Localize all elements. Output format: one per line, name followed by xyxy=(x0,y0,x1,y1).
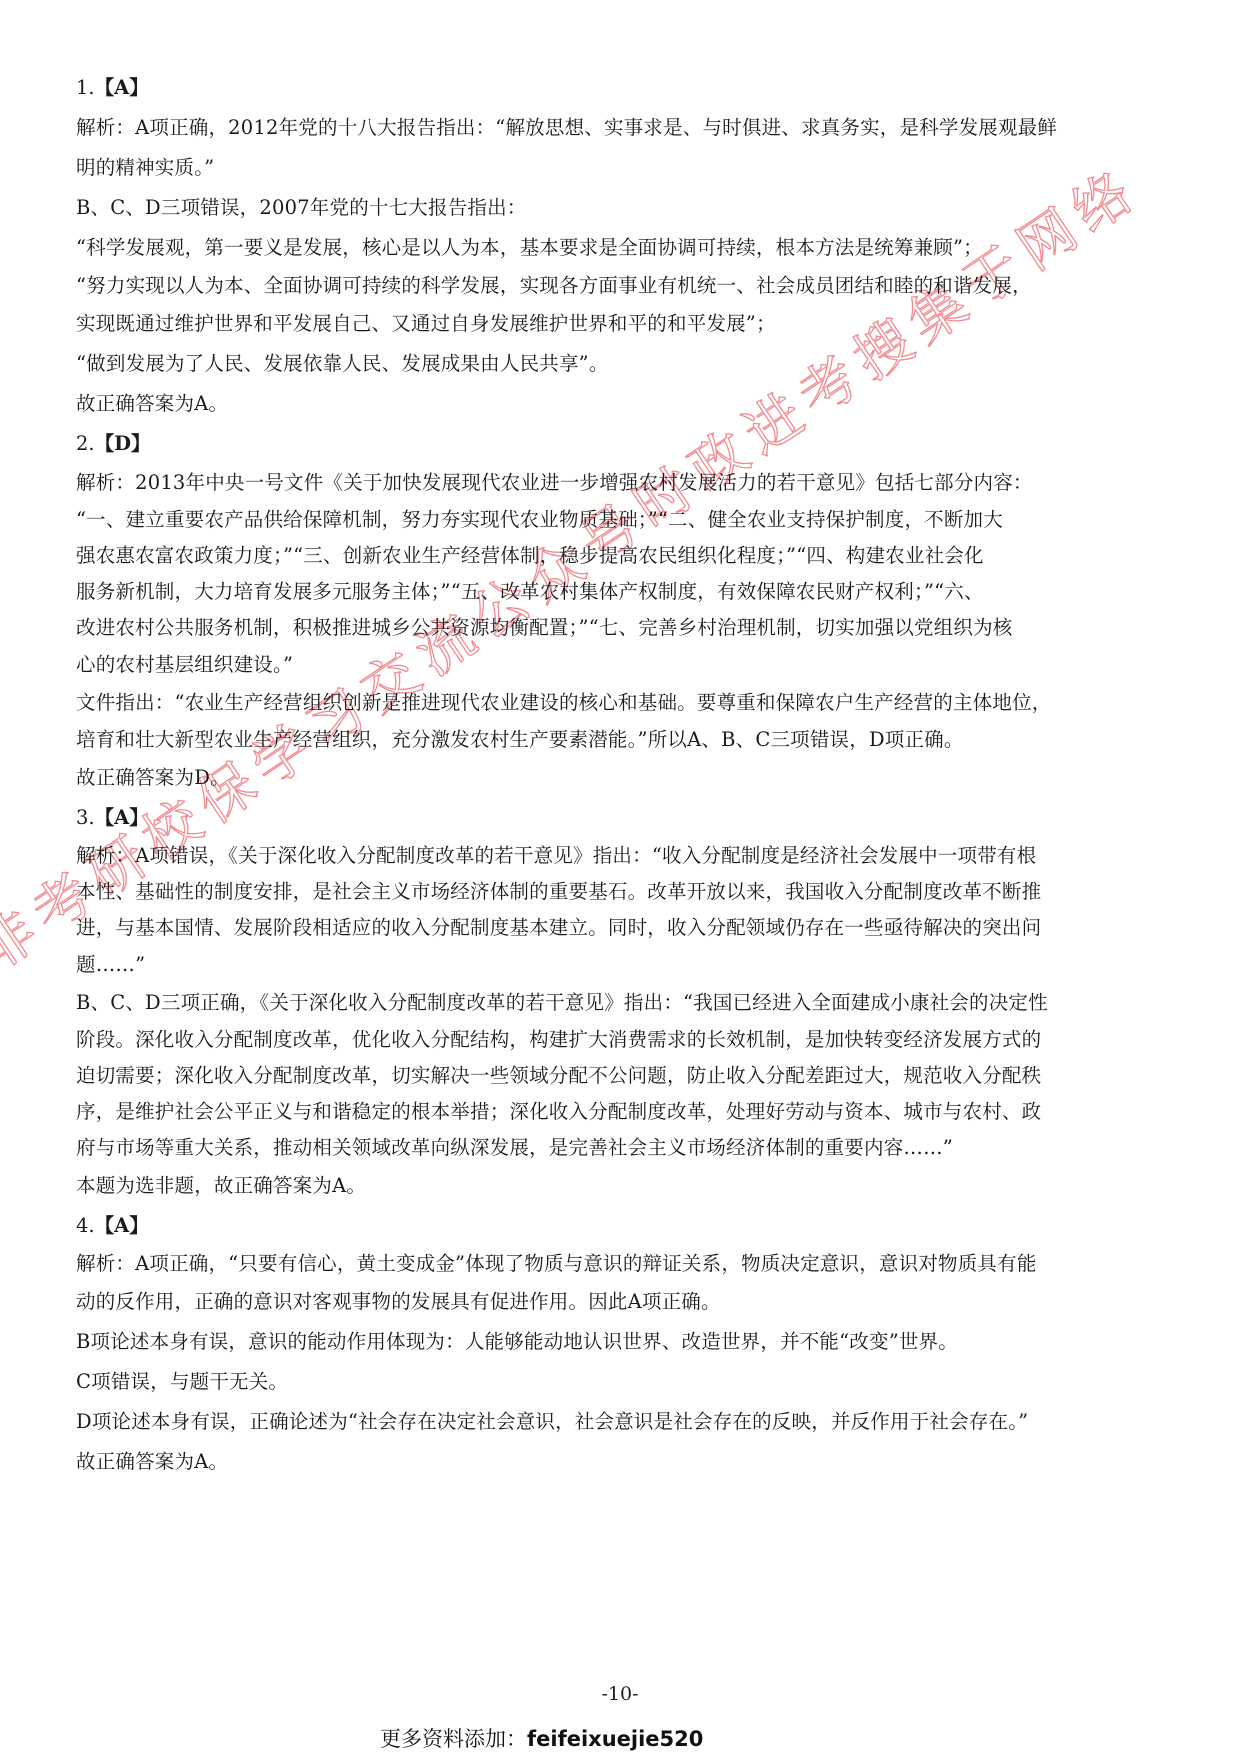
question-number: 2. xyxy=(76,432,95,455)
question-header: 3.【A】 xyxy=(76,798,1166,838)
page-number: -10- xyxy=(0,1683,1240,1705)
explanation-line: 进，与基本国情、发展阶段相适应的收入分配制度基本建立。同时，收入分配领域仍存在一… xyxy=(76,910,1166,946)
explanation-line: “科学发展观，第一要义是发展，核心是以人为本，基本要求是全面协调可持续，根本方法… xyxy=(76,228,1166,268)
question-header: 4.【A】 xyxy=(76,1206,1166,1246)
question-3: 3.【A】 解析：A项错误，《关于深化收入分配制度改革的若干意见》指出：“收入分… xyxy=(76,798,1166,1206)
answer-key: 【D】 xyxy=(95,432,151,455)
explanation-line: 解析：A项正确，2012年党的十八大报告指出：“解放思想、实事求是、与时俱进、求… xyxy=(76,108,1166,148)
explanation-line: 序，是维护社会公平正义与和谐稳定的根本举措；深化收入分配制度改革，处理好劳动与资… xyxy=(76,1094,1166,1130)
explanation-line: D项论述本身有误，正确论述为“社会存在决定社会意识，社会意识是社会存在的反映，并… xyxy=(76,1402,1166,1442)
question-number: 4. xyxy=(76,1214,95,1237)
document-page: 非考研校保学习交流公众号时政进考搜集于网络 1.【A】 解析：A项正确，2012… xyxy=(0,0,1240,1754)
question-4: 4.【A】 解析：A项正确，“只要有信心，黄土变成金”体现了物质与意识的辩证关系… xyxy=(76,1206,1166,1482)
question-header: 2.【D】 xyxy=(76,424,1166,464)
conclusion-line: 本题为选非题，故正确答案为A。 xyxy=(76,1166,1166,1206)
explanation-line: 培育和壮大新型农业生产经营组织，充分激发农村生产要素潜能。”所以A、B、C三项错… xyxy=(76,722,1166,758)
explanation-line: 心的农村基层组织建设。” xyxy=(76,646,1166,684)
explanation-line: 强农惠农富农政策力度；”“三、创新农业生产经营体制，稳步提高农民组织化程度；”“… xyxy=(76,538,1166,574)
explanation-line: 迫切需要；深化收入分配制度改革，切实解决一些领域分配不公问题，防止收入分配差距过… xyxy=(76,1058,1166,1094)
footer-contact-id: feifeixuejie520 xyxy=(527,1727,703,1751)
question-1: 1.【A】 解析：A项正确，2012年党的十八大报告指出：“解放思想、实事求是、… xyxy=(76,68,1166,424)
explanation-line: “做到发展为了人民、发展依靠人民、发展成果由人民共享”。 xyxy=(76,344,1166,384)
explanation-line: B、C、D三项错误，2007年党的十七大报告指出： xyxy=(76,188,1166,228)
explanation-line: C项错误，与题干无关。 xyxy=(76,1362,1166,1402)
explanation-line: 解析：A项错误，《关于深化收入分配制度改革的若干意见》指出：“收入分配制度是经济… xyxy=(76,838,1166,874)
explanation-line: 改进农村公共服务机制，积极推进城乡公共资源均衡配置；”“七、完善乡村治理机制，切… xyxy=(76,610,1166,646)
explanation-line: 阶段。深化收入分配制度改革，优化收入分配结构，构建扩大消费需求的长效机制，是加快… xyxy=(76,1022,1166,1058)
explanation-line: 服务新机制，大力培育发展多元服务主体；”“五、改革农村集体产权制度，有效保障农民… xyxy=(76,574,1166,610)
explanation-line: 解析：A项正确，“只要有信心，黄土变成金”体现了物质与意识的辩证关系，物质决定意… xyxy=(76,1246,1166,1282)
explanation-line: 实现既通过维护世界和平发展自己、又通过自身发展维护世界和平的和平发展”； xyxy=(76,304,1166,344)
explanation-line: 题……” xyxy=(76,946,1166,984)
conclusion-line: 故正确答案为A。 xyxy=(76,384,1166,424)
question-header: 1.【A】 xyxy=(76,68,1166,108)
conclusion-line: 故正确答案为D。 xyxy=(76,758,1166,798)
explanation-line: B项论述本身有误，意识的能动作用体现为：人能够能动地认识世界、改造世界，并不能“… xyxy=(76,1322,1166,1362)
explanation-line: B、C、D三项正确，《关于深化收入分配制度改革的若干意见》指出：“我国已经进入全… xyxy=(76,984,1166,1022)
answer-key: 【A】 xyxy=(95,1214,149,1237)
footer-note-label: 更多资料添加： xyxy=(380,1727,527,1751)
explanation-line: 明的精神实质。” xyxy=(76,148,1166,188)
conclusion-line: 故正确答案为A。 xyxy=(76,1442,1166,1482)
question-number: 3. xyxy=(76,806,95,829)
answer-key: 【A】 xyxy=(95,76,149,99)
question-2: 2.【D】 解析：2013年中央一号文件《关于加快发展现代农业进一步增强农村发展… xyxy=(76,424,1166,798)
footer-note: 更多资料添加：feifeixuejie520 xyxy=(380,1723,703,1753)
explanation-line: 本性、基础性的制度安排，是社会主义市场经济体制的重要基石。改革开放以来，我国收入… xyxy=(76,874,1166,910)
question-number: 1. xyxy=(76,76,95,99)
answer-key: 【A】 xyxy=(95,806,149,829)
answer-explanations: 1.【A】 解析：A项正确，2012年党的十八大报告指出：“解放思想、实事求是、… xyxy=(76,68,1166,1482)
explanation-line: “努力实现以人为本、全面协调可持续的科学发展，实现各方面事业有机统一、社会成员团… xyxy=(76,268,1166,304)
explanation-line: 动的反作用，正确的意识对客观事物的发展具有促进作用。因此A项正确。 xyxy=(76,1282,1166,1322)
explanation-line: “一、建立重要农产品供给保障机制，努力夯实现代农业物质基础；”“二、健全农业支持… xyxy=(76,502,1166,538)
explanation-line: 解析：2013年中央一号文件《关于加快发展现代农业进一步增强农村发展活力的若干意… xyxy=(76,464,1166,502)
explanation-line: 文件指出：“农业生产经营组织创新是推进现代农业建设的核心和基础。要尊重和保障农户… xyxy=(76,684,1166,722)
explanation-line: 府与市场等重大关系，推动相关领域改革向纵深发展，是完善社会主义市场经济体制的重要… xyxy=(76,1130,1166,1166)
